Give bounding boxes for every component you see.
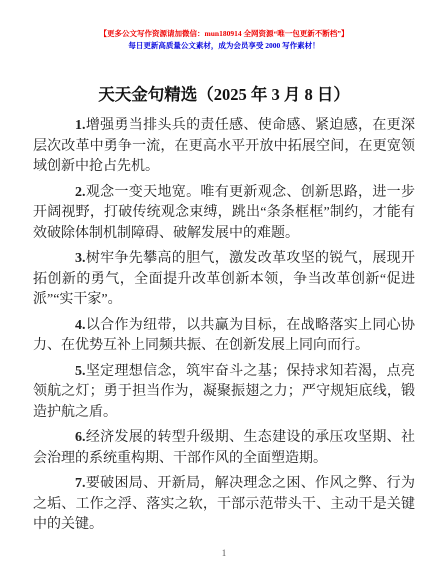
document-title: 天天金句精选（2025 年 3 月 8 日） (33, 84, 415, 106)
paragraph-1-text: 增强勇当排头兵的责任感、使命感、紧迫感，在更深层次改革中勇争一流，在更高水平开放… (33, 118, 415, 174)
paragraph-7-text: 要破困局、开新局，解决理念之困、作风之弊、行为之垢、工作之浮、落实之软，干部示范… (33, 476, 415, 532)
promo-header: 【更多公文写作资源请加微信：mun180914 全网资源“唯一包更新不断档”】 … (33, 28, 415, 52)
paragraph-6-text: 经济发展的转型升级期、生态建设的承压攻坚期、社会治理的系统重构期、干部作风的全面… (33, 430, 415, 466)
paragraph-7-number: 7. (75, 476, 86, 491)
paragraph-1: 1.增强勇当排头兵的责任感、使命感、紧迫感，在更深层次改革中勇争一流，在更高水平… (33, 116, 415, 178)
promo-line-red: 【更多公文写作资源请加微信：mun180914 全网资源“唯一包更新不断档”】 (33, 28, 415, 40)
paragraph-6: 6.经济发展的转型升级期、生态建设的承压攻坚期、社会治理的系统重构期、干部作风的… (33, 428, 415, 469)
paragraph-7: 7.要破困局、开新局，解决理念之困、作风之弊、行为之垢、工作之浮、落实之软，干部… (33, 474, 415, 536)
paragraph-4: 4.以合作为纽带，以共赢为目标，在战略落实上同心协力、在优势互补上同频共振、在创… (33, 316, 415, 357)
paragraph-4-text: 以合作为纽带，以共赢为目标，在战略落实上同心协力、在优势互补上同频共振、在创新发… (33, 318, 415, 354)
paragraph-4-number: 4. (75, 318, 86, 333)
paragraph-3-number: 3. (75, 251, 86, 266)
paragraph-1-number: 1. (75, 118, 86, 133)
paragraph-6-number: 6. (75, 430, 86, 445)
paragraph-2: 2.观念一变天地宽。唯有更新观念、创新思路，进一步开阔视野，打破传统观念束缚，跳… (33, 183, 415, 245)
paragraph-2-text: 观念一变天地宽。唯有更新观念、创新思路，进一步开阔视野，打破传统观念束缚，跳出“… (33, 185, 415, 241)
document-page: 【更多公文写作资源请加微信：mun180914 全网资源“唯一包更新不断档”】 … (0, 0, 448, 580)
paragraph-2-number: 2. (75, 185, 86, 200)
page-number: 1 (0, 548, 448, 558)
paragraph-5: 5.坚定理想信念，筑牢奋斗之基；保持求知若渴，点亮领航之灯；勇于担当作为，凝聚振… (33, 362, 415, 424)
promo-line-blue: 每日更新高质量公文素材，成为会员享受 2000 写作素材！ (33, 40, 415, 52)
paragraph-3-text: 树牢争先攀高的胆气，激发改革攻坚的锐气，展现开拓创新的勇气，全面提升改革创新本领… (33, 251, 415, 307)
document-body: 1.增强勇当排头兵的责任感、使命感、紧迫感，在更深层次改革中勇争一流，在更高水平… (33, 116, 415, 536)
paragraph-5-text: 坚定理想信念，筑牢奋斗之基；保持求知若渴，点亮领航之灯；勇于担当作为，凝聚振翅之… (33, 364, 415, 420)
paragraph-5-number: 5. (75, 364, 86, 379)
paragraph-3: 3.树牢争先攀高的胆气，激发改革攻坚的锐气，展现开拓创新的勇气，全面提升改革创新… (33, 249, 415, 311)
